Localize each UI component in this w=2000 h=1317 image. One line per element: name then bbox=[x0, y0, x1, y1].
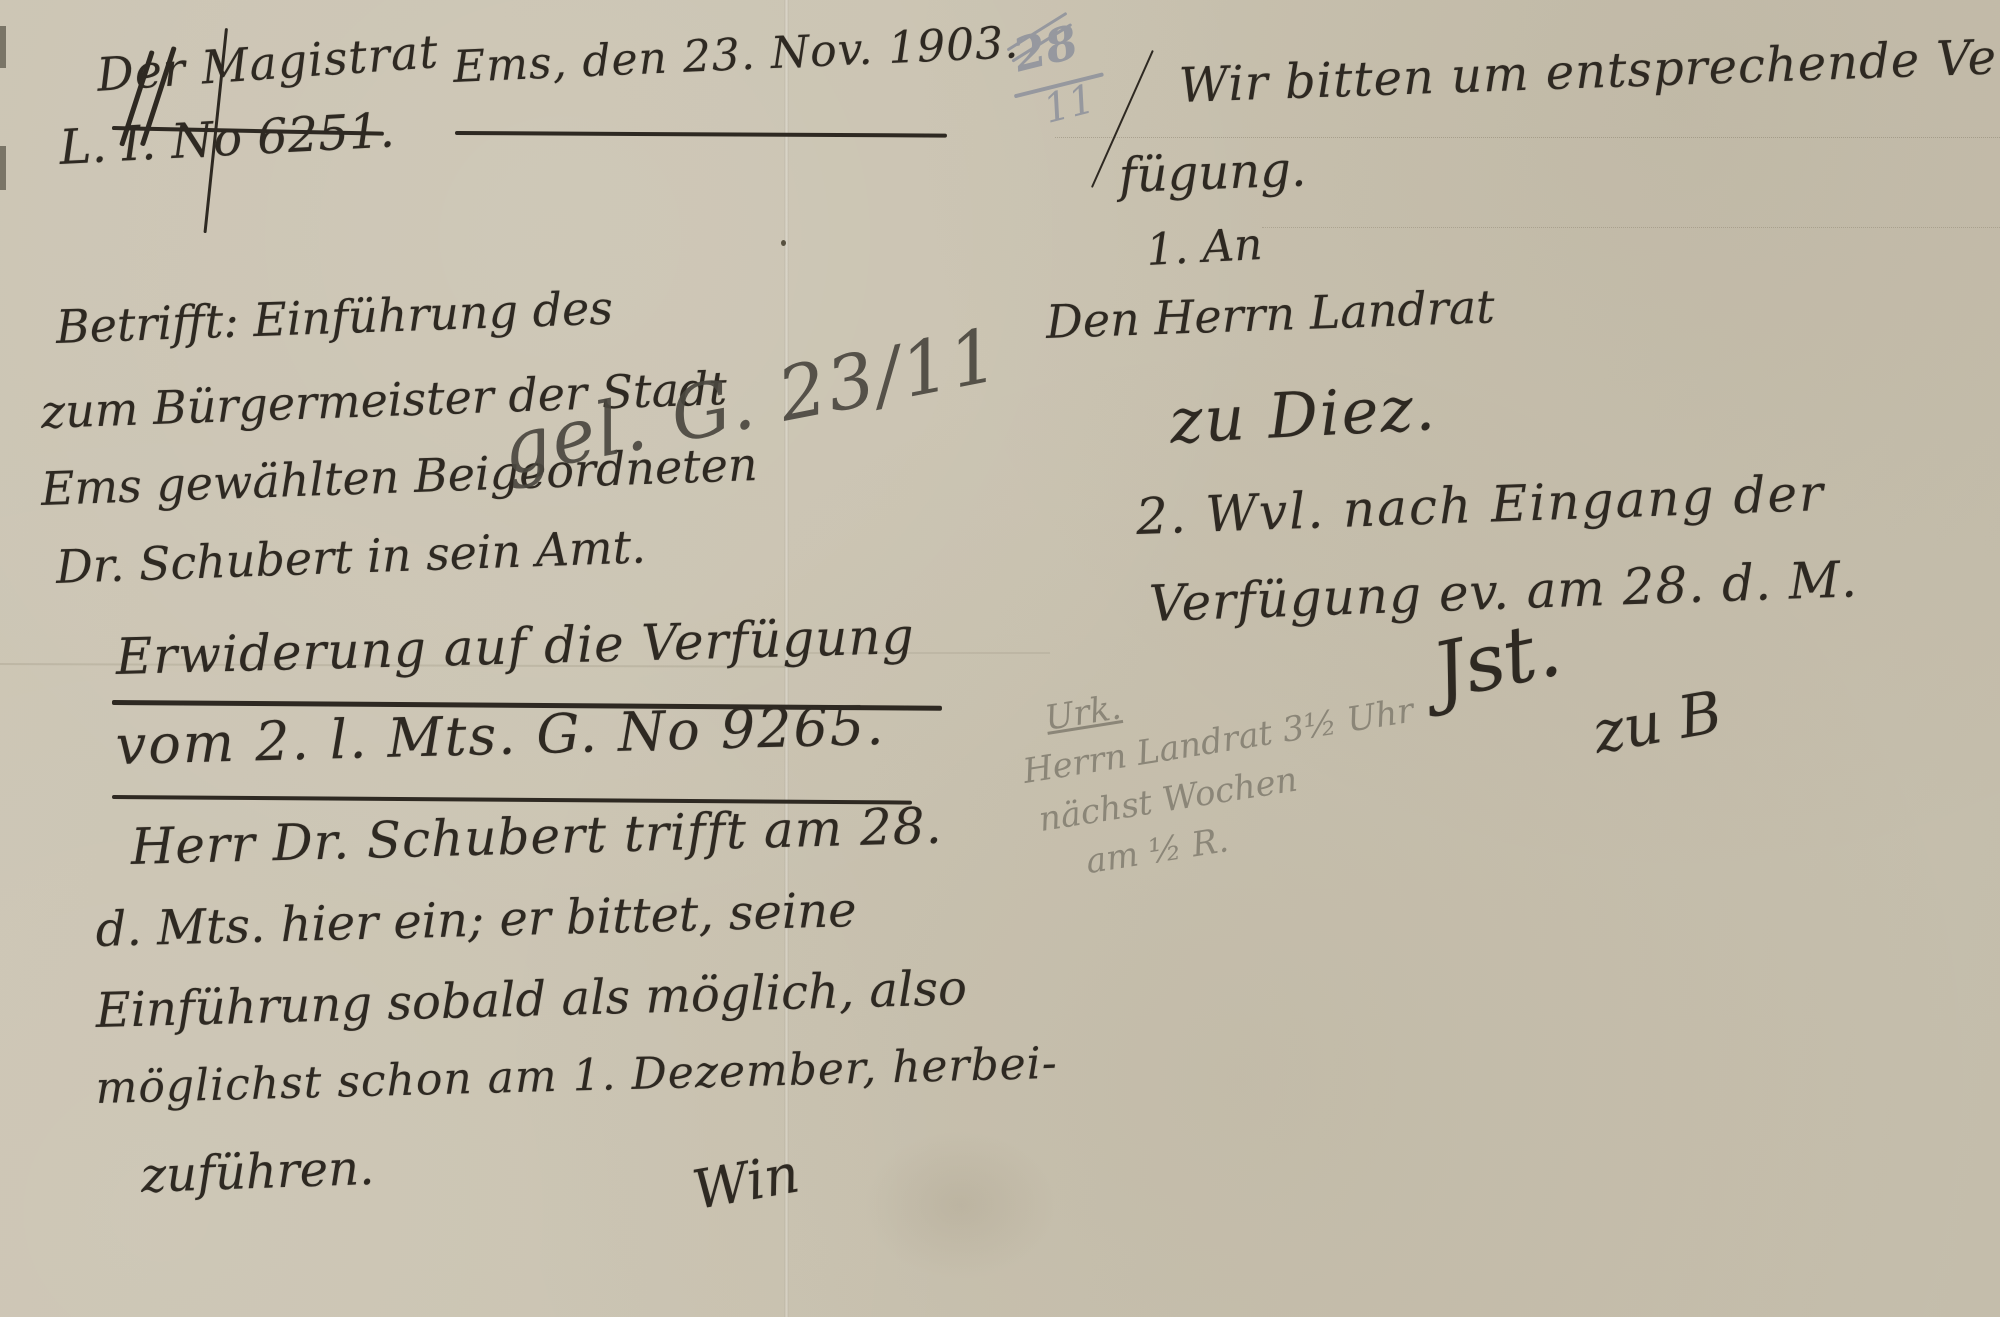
paper-hole-speck bbox=[781, 240, 786, 246]
dateline-underline bbox=[455, 131, 947, 138]
dateline: Ems, den 23. Nov. 1903. bbox=[452, 17, 1020, 93]
reply-heading-line-2: vom 2. l. Mts. G. No 9265. bbox=[115, 694, 886, 777]
file-number-line: L. I. No 6251. bbox=[58, 102, 396, 175]
horizontal-crease-right-upper bbox=[1055, 137, 2000, 138]
subject-line-1: Betrifft: Einführung des bbox=[55, 281, 614, 354]
body-line-2: d. Mts. hier ein; er bittet, seine bbox=[95, 882, 857, 958]
horizontal-crease-right-lower bbox=[1262, 227, 2000, 228]
pencil-note-block: Urk. Herrn Landrat 3½ Uhr nächst Wochen … bbox=[1012, 638, 1433, 895]
fingerprint-smudge bbox=[850, 1120, 1070, 1290]
disposition1-place-line: zu Diez. bbox=[1168, 371, 1438, 458]
request-line-2: fügung. bbox=[1118, 141, 1307, 203]
body-line-4: möglichst schon am 1. Dezember, herbei- bbox=[95, 1038, 1058, 1114]
request-line-1: Wir bitten um entsprechende Ver- bbox=[1178, 28, 2000, 114]
signature-paraph-2: zu B bbox=[1588, 678, 1727, 767]
disposition2-line-1: 2. Wvl. nach Eingang der bbox=[1135, 464, 1826, 546]
disposition1-number-line: 1. An bbox=[1145, 219, 1264, 276]
body-line-1: Herr Dr. Schubert trifft am 28. bbox=[130, 797, 943, 876]
scan-edge-mark bbox=[0, 26, 6, 68]
letter-scan: Der Magistrat L. I. No 6251. Ems, den 23… bbox=[0, 0, 2000, 1317]
body-line-5: zuführen. bbox=[140, 1140, 375, 1204]
body-line-3: Einführung sobald als möglich, also bbox=[95, 960, 968, 1039]
subject-line-4: Dr. Schubert in sein Amt. bbox=[55, 519, 647, 594]
disposition1-recipient-line: Den Herrn Landrat bbox=[1045, 279, 1495, 349]
scan-edge-mark bbox=[0, 146, 6, 190]
reply-heading-line-1: Erwiderung auf die Verfügung bbox=[115, 607, 915, 686]
registry-date-mark: 28 11 bbox=[1008, 14, 1100, 137]
